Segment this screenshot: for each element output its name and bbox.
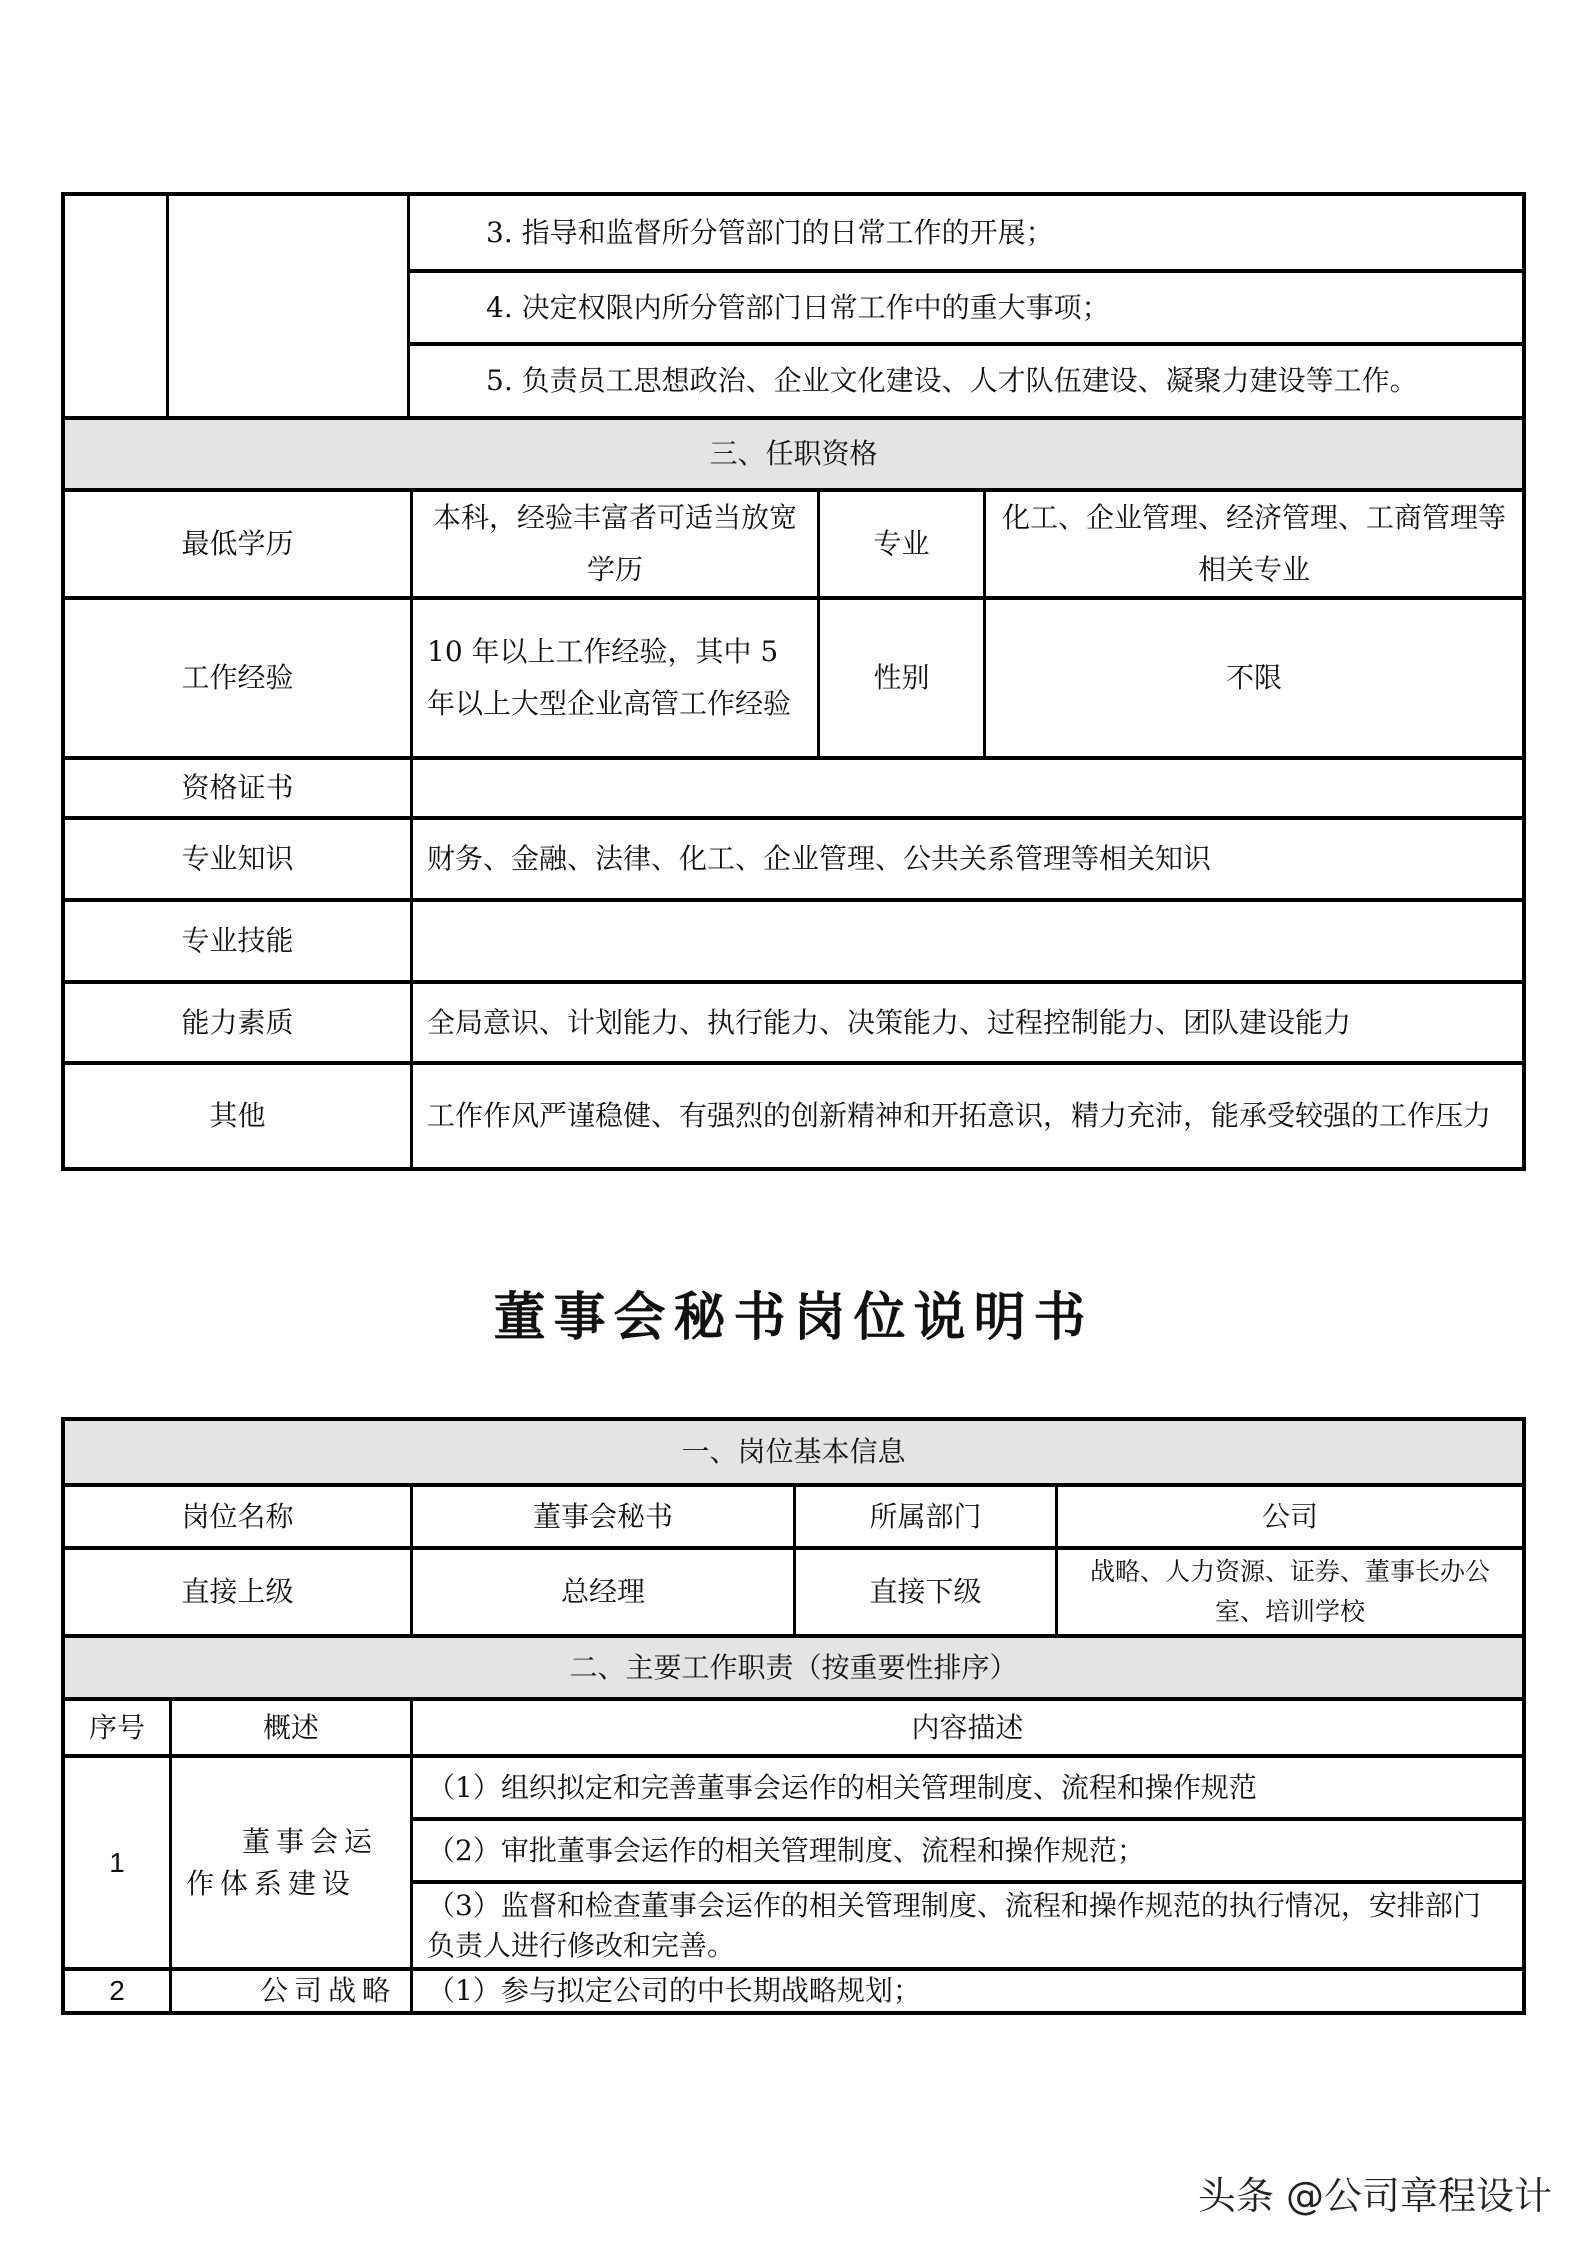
duty-text: （2）审批董事会运作的相关管理制度、流程和操作规范； [427, 1826, 1145, 1876]
certificate-label: 资格证书 [65, 760, 410, 816]
knowledge-value: 财务、金融、法律、化工、企业管理、公共关系管理等相关知识 [410, 820, 1522, 898]
gender-value: 不限 [983, 600, 1522, 756]
position-name-value: 董事会秘书 [410, 1487, 793, 1546]
education-label: 最低学历 [65, 492, 410, 596]
duty-item: （2）审批董事会运作的相关管理制度、流程和操作规范； [413, 1817, 1522, 1880]
duty-list: 3. 指导和监督所分管部门的日常工作的开展； 4. 决定权限内所分管部门日常工作… [407, 196, 1522, 416]
superior-value: 总经理 [410, 1550, 793, 1634]
index-cell-empty [65, 196, 166, 416]
ability-value: 全局意识、计划能力、执行能力、决策能力、过程控制能力、团队建设能力 [410, 984, 1522, 1061]
header-description: 内容描述 [410, 1701, 1522, 1754]
duty-summary: 董事会运作体系建设 [169, 1758, 410, 1967]
section-header-basic-info: 一、岗位基本信息 [65, 1421, 1522, 1483]
gender-label: 性别 [817, 600, 983, 756]
superior-label: 直接上级 [65, 1550, 410, 1634]
section-header-duties: 二、主要工作职责（按重要性排序） [65, 1638, 1522, 1697]
duty-item: 5. 负责员工思想政治、企业文化建设、人才队伍建设、凝聚力建设等工作。 [410, 342, 1522, 416]
duty-item: 3. 指导和监督所分管部门的日常工作的开展； [410, 196, 1522, 269]
experience-value: 10 年以上工作经验，其中 5 年以上大型企业高管工作经验 [410, 600, 817, 756]
duty-item: （3）监督和检查董事会运作的相关管理制度、流程和操作规范的执行情况，安排部门负责… [413, 1880, 1522, 1967]
other-label: 其他 [65, 1065, 410, 1167]
department-label: 所属部门 [793, 1487, 1055, 1546]
duty-item: （1）参与拟定公司的中长期战略规划； [410, 1971, 1522, 2011]
position-name-label: 岗位名称 [65, 1487, 410, 1546]
skills-label: 专业技能 [65, 902, 410, 980]
duty-text: （1）组织拟定和完善董事会运作的相关管理制度、流程和操作规范 [427, 1763, 1257, 1813]
other-value: 工作作风严谨稳健、有强烈的创新精神和开拓意识，精力充沛，能承受较强的工作压力 [410, 1065, 1522, 1167]
duty-items: （1）组织拟定和完善董事会运作的相关管理制度、流程和操作规范 （2）审批董事会运… [410, 1758, 1522, 1967]
knowledge-label: 专业知识 [65, 820, 410, 898]
duty-text: （3）监督和检查董事会运作的相关管理制度、流程和操作规范的执行情况，安排部门负责… [427, 1886, 1508, 1966]
education-value: 本科，经验丰富者可适当放宽学历 [410, 492, 817, 596]
summary-cell-empty [166, 196, 407, 416]
skills-value [410, 902, 1522, 980]
duty-summary: 公司战略 [169, 1971, 410, 2011]
header-no: 序号 [65, 1701, 169, 1754]
subordinate-label: 直接下级 [793, 1550, 1055, 1634]
job-description-table: 一、岗位基本信息 岗位名称 董事会秘书 所属部门 公司 直接上级 总经理 直接下… [61, 1417, 1526, 2015]
ability-label: 能力素质 [65, 984, 410, 1061]
qualifications-table: 3. 指导和监督所分管部门的日常工作的开展； 4. 决定权限内所分管部门日常工作… [61, 192, 1526, 1171]
duty-text: 4. 决定权限内所分管部门日常工作中的重大事项； [486, 283, 1110, 333]
certificate-value [410, 760, 1522, 816]
document-title: 董事会秘书岗位说明书 [0, 1275, 1587, 1350]
duty-no: 1 [65, 1758, 169, 1967]
major-value: 化工、企业管理、经济管理、工商管理等相关专业 [983, 492, 1522, 596]
experience-label: 工作经验 [65, 600, 410, 756]
subordinate-value: 战略、人力资源、证券、董事长办公室、培训学校 [1055, 1550, 1522, 1634]
header-summary: 概述 [169, 1701, 410, 1754]
duty-item: （1）组织拟定和完善董事会运作的相关管理制度、流程和操作规范 [413, 1758, 1522, 1817]
watermark: 头条 @公司章程设计 [1198, 2165, 1552, 2220]
duty-text: 5. 负责员工思想政治、企业文化建设、人才队伍建设、凝聚力建设等工作。 [486, 356, 1418, 406]
duty-item: 4. 决定权限内所分管部门日常工作中的重大事项； [410, 269, 1522, 342]
section-header-qualifications: 三、任职资格 [65, 420, 1522, 488]
department-value: 公司 [1055, 1487, 1522, 1546]
duty-text: 3. 指导和监督所分管部门的日常工作的开展； [486, 208, 1054, 258]
duty-no: 2 [65, 1971, 169, 2011]
major-label: 专业 [817, 492, 983, 596]
